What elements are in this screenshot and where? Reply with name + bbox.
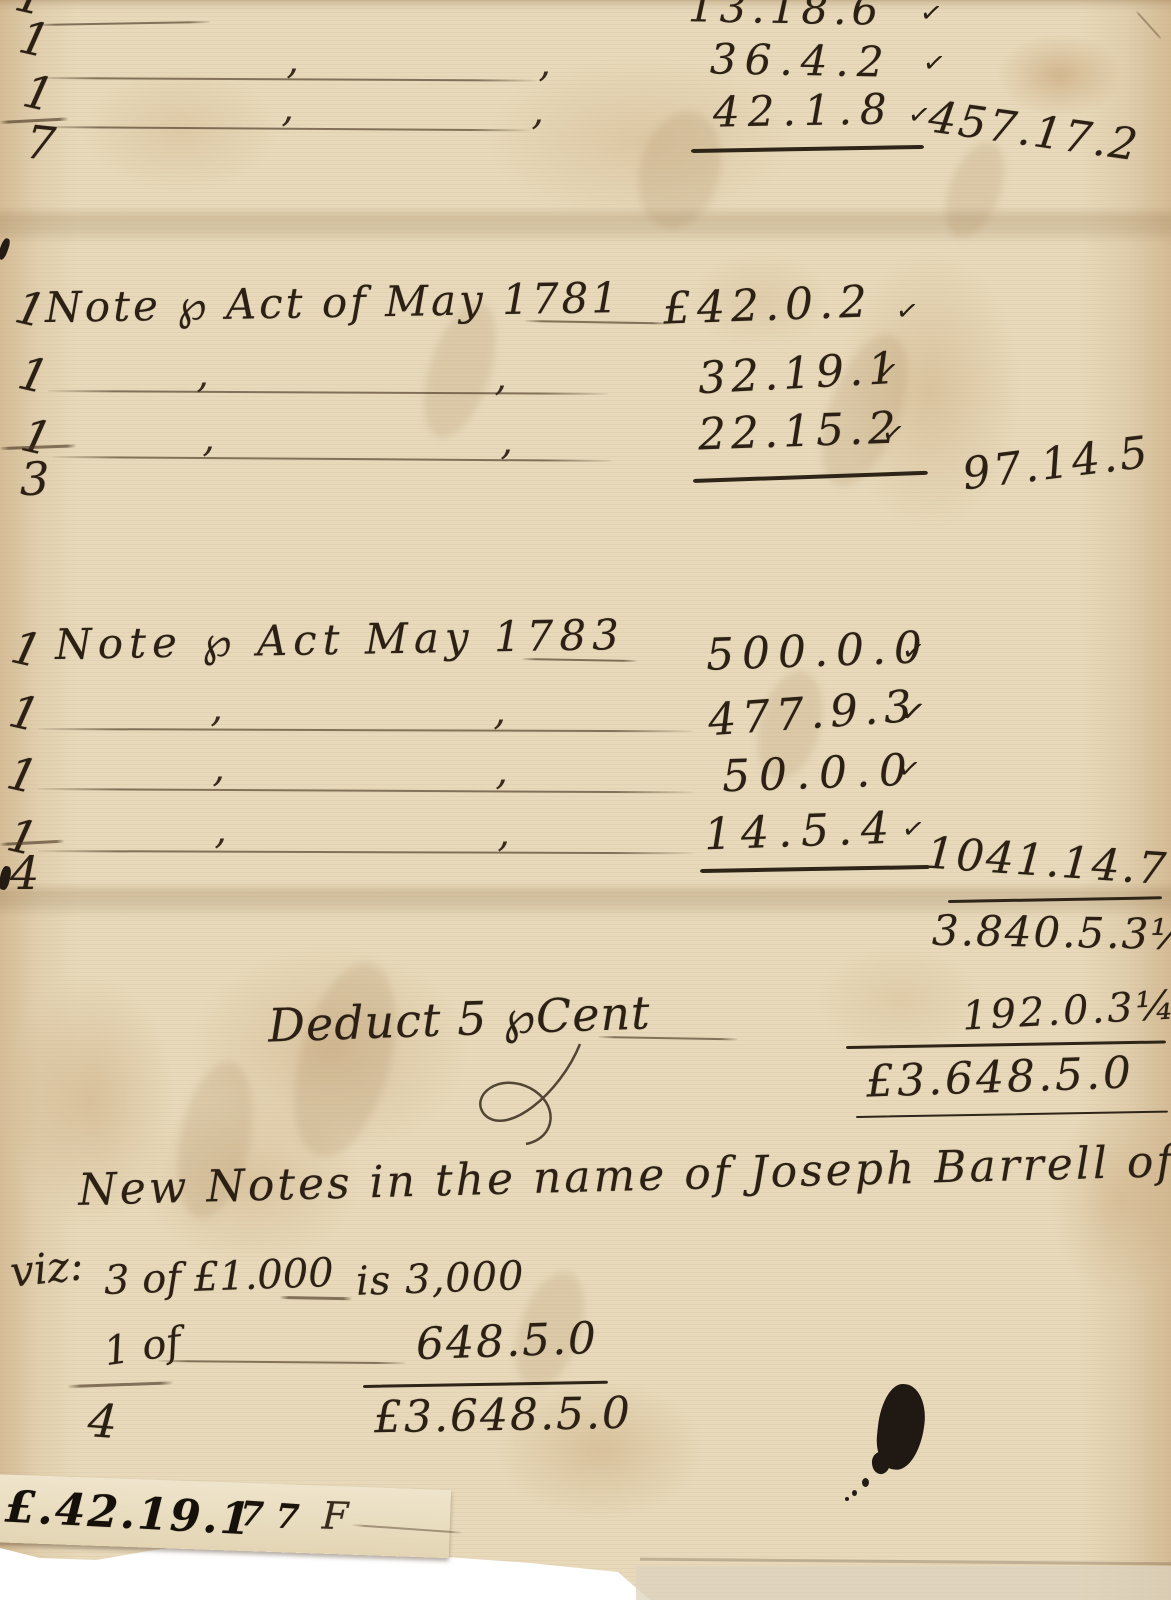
- ink-speck: [862, 1478, 869, 1487]
- edge-fragment-marks: 7 7: [239, 1494, 301, 1538]
- quantity-total: 7: [23, 115, 58, 172]
- ditto-mark-icon: ‚: [214, 820, 227, 840]
- row-amount: 13.18.6: [688, 0, 884, 35]
- ditto-mark-icon: ‚: [202, 428, 215, 448]
- check-icon: ✓: [896, 752, 923, 786]
- viz-label: viz:: [8, 1240, 86, 1296]
- check-icon: ✓: [880, 416, 907, 450]
- grand-total: 3.840.5.3¼: [932, 906, 1171, 960]
- ditto-mark-icon: ‚: [210, 698, 223, 718]
- pen-flourish: [468, 1042, 598, 1147]
- check-icon: ✓: [897, 692, 928, 732]
- ditto-mark-icon: ‚: [531, 101, 544, 121]
- final-total: £3.648.5.0: [374, 1388, 633, 1443]
- check-icon: ✓: [900, 634, 927, 668]
- quantity-total: 4: [86, 1393, 119, 1449]
- ditto-mark-icon: ‚: [495, 761, 508, 781]
- ditto-mark-icon: ‚: [538, 53, 551, 73]
- check-icon: ✓: [874, 354, 901, 388]
- row-amount: 36.4.2: [710, 34, 892, 86]
- note-line-result: is 3,000: [355, 1253, 525, 1305]
- row-amount: 22.15.2: [697, 402, 902, 460]
- note-line-amount: 648.5.0: [415, 1313, 599, 1370]
- ditto-mark-icon: ‚: [286, 50, 299, 70]
- check-icon: ✓: [900, 812, 927, 846]
- ditto-mark-icon: ‚: [494, 367, 507, 387]
- row-amount: 42.1.8: [713, 84, 895, 136]
- section-heading-1781: Note ℘ Act of May 1781: [45, 273, 622, 332]
- row-amount: £42.0.2: [662, 276, 874, 334]
- ditto-mark-icon: ‚: [497, 823, 510, 843]
- ink-speck: [845, 1497, 849, 1501]
- ditto-mark-icon: ‚: [493, 701, 506, 721]
- quantity-total: 4: [10, 846, 39, 900]
- net-total: £3.648.5.0: [865, 1047, 1135, 1107]
- ditto-mark-icon: ‚: [500, 431, 513, 451]
- row-amount: 50.0.0: [721, 745, 917, 803]
- edge-fragment-flourish: F: [321, 1494, 349, 1539]
- ditto-mark-icon: ‚: [212, 758, 225, 778]
- row-amount: 14.5.4: [703, 803, 899, 861]
- quantity-total: 3: [20, 452, 49, 506]
- check-icon: ✓: [921, 46, 948, 80]
- ink-speck: [852, 1490, 857, 1496]
- check-icon: ✓: [894, 294, 921, 328]
- ditto-mark-icon: ‚: [281, 98, 294, 118]
- row-amount: 32.19.1: [697, 343, 902, 405]
- row-amount: 500.0.0: [705, 622, 931, 681]
- fold-shadow-region: [636, 1566, 1171, 1600]
- ditto-mark-icon: ‚: [196, 364, 209, 384]
